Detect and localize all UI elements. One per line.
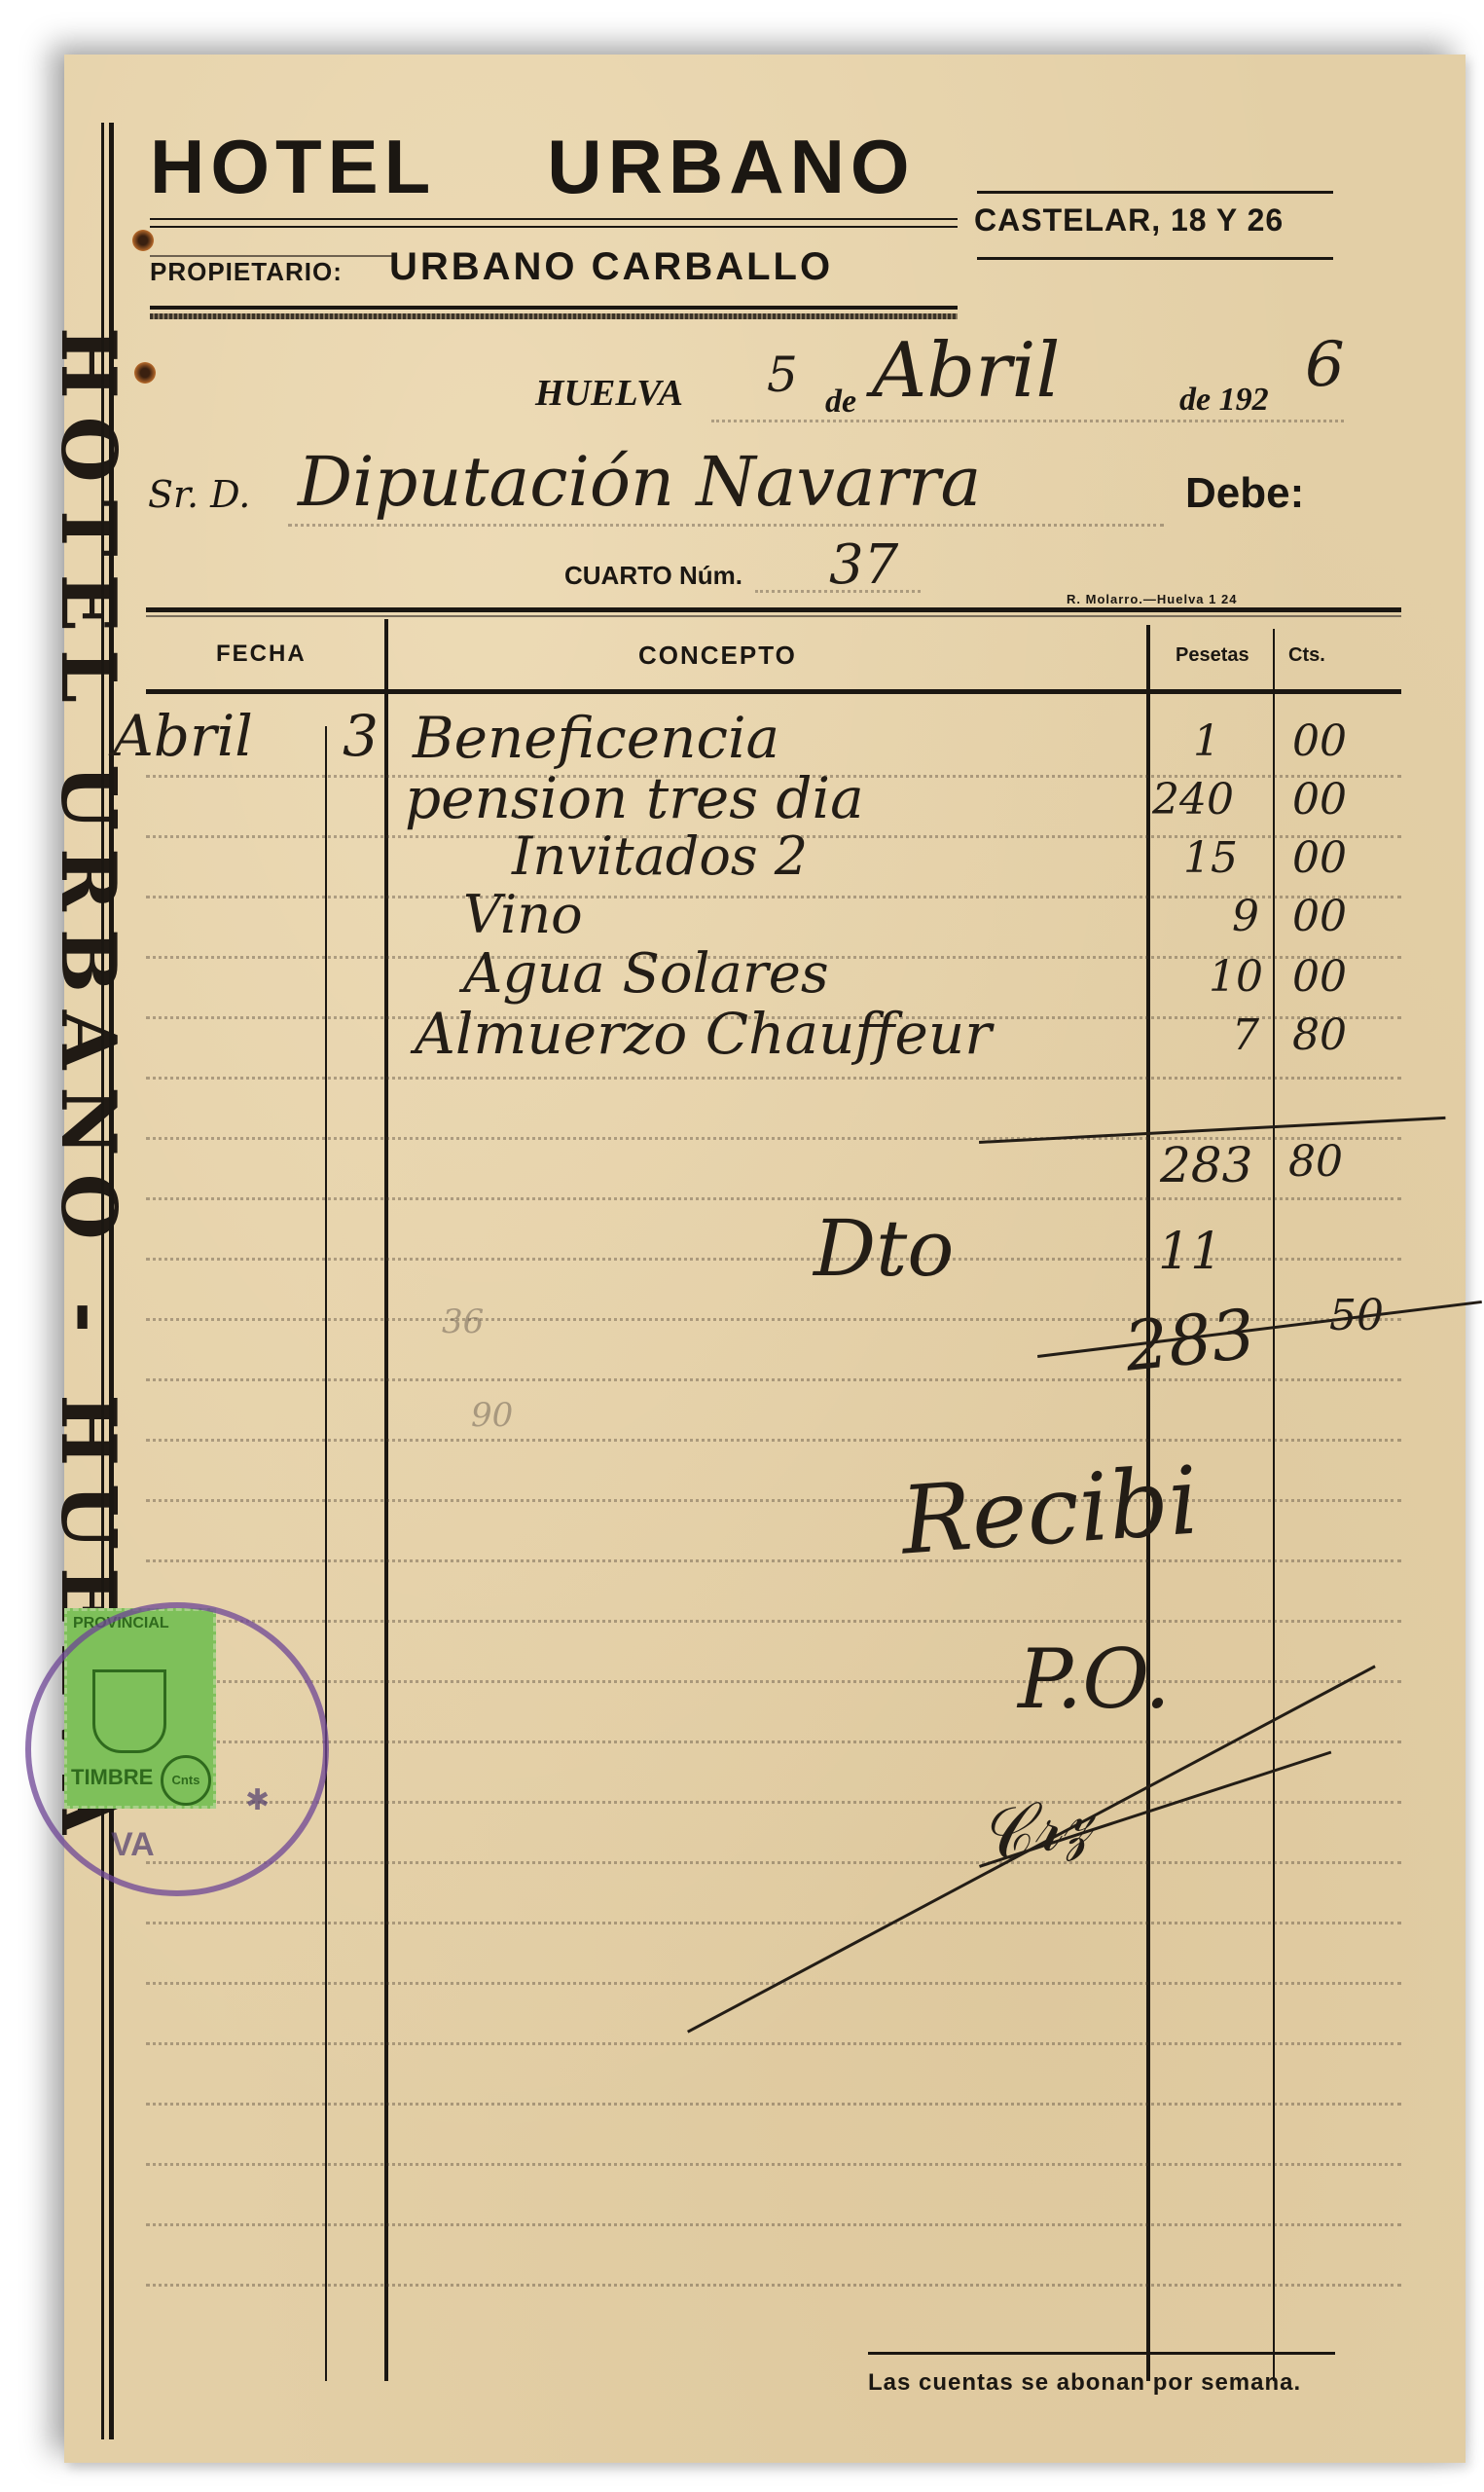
column-header-pesetas: Pesetas	[1176, 644, 1249, 667]
ruled-line	[146, 1559, 1401, 1562]
table-top-rule	[146, 607, 1401, 612]
title-rule	[150, 218, 958, 220]
row-pesetas: 240	[1152, 775, 1234, 825]
room-number: 37	[829, 533, 898, 597]
ruled-line	[146, 1801, 1401, 1804]
row-cts: 00	[1292, 775, 1347, 825]
table-header-rule	[146, 689, 1401, 694]
invoice-day: 5	[767, 347, 798, 403]
ruled-line	[146, 2284, 1401, 2287]
pencil-note: 36	[442, 1302, 484, 1341]
ruled-line	[146, 1680, 1401, 1683]
column-line-pesetas	[1273, 629, 1275, 2381]
ruled-line	[146, 2163, 1401, 2166]
ruled-line	[146, 1439, 1401, 1442]
row-cts: 00	[1292, 892, 1347, 941]
row-date-day: 3	[343, 703, 379, 769]
pencil-note: 90	[471, 1396, 513, 1435]
owes-label: Debe:	[1185, 469, 1304, 518]
address-rule-bottom	[977, 257, 1333, 260]
invoice-year-suffix: 6	[1305, 329, 1345, 401]
row-date-month: Abril	[113, 703, 253, 769]
address-rule-top	[977, 191, 1333, 194]
de-label-1: de	[825, 384, 856, 421]
ruled-line	[146, 896, 1401, 898]
row-concept: Agua Solares	[463, 942, 829, 1006]
footer-note: Las cuentas se abonan por semana.	[868, 2369, 1301, 2397]
binder-hole	[134, 362, 156, 384]
cancellation-seal	[25, 1602, 329, 1896]
row-cts: 00	[1292, 833, 1347, 883]
column-line-day	[325, 726, 327, 2381]
column-header-cts: Cts.	[1288, 644, 1325, 667]
salutation: Sr. D.	[148, 473, 250, 516]
signature: 𝒞𝓇𝓏	[971, 1777, 1099, 1882]
proprietor-name: URBANO CARBALLO	[389, 245, 833, 289]
invoice-city: HUELVA	[535, 372, 683, 415]
ruled-line	[146, 2042, 1401, 2045]
ruled-line	[146, 2223, 1401, 2226]
printer-mark: R. Molarro.—Huelva 1 24	[1067, 592, 1237, 606]
ruled-line	[146, 1861, 1401, 1864]
room-label: CUARTO Núm.	[564, 561, 742, 591]
received-label: Recibi	[897, 1446, 1202, 1575]
total-line	[1037, 1301, 1482, 1358]
stub-vertical-text: HOTEL URBANO - HUELVA	[45, 327, 132, 2492]
row-pesetas: 15	[1183, 833, 1238, 883]
column-header-concepto: CONCEPTO	[638, 641, 797, 671]
seal-text: VA	[111, 1826, 155, 1864]
prop-rule-thick	[150, 306, 958, 310]
seal-star-icon: ✱	[245, 1783, 270, 1817]
row-concept: Vino	[463, 884, 583, 945]
ruled-line	[146, 1499, 1401, 1502]
ruled-line	[146, 1620, 1401, 1623]
ruled-line	[146, 1077, 1401, 1080]
ruled-line	[146, 1197, 1401, 1200]
ruled-line	[146, 2103, 1401, 2106]
title-rule	[150, 226, 958, 228]
prop-rule-pattern	[150, 313, 958, 319]
row-cts: 00	[1292, 716, 1347, 766]
customer-name: Diputación Navarra	[298, 442, 981, 522]
ruled-line	[146, 1922, 1401, 1924]
binder-hole	[132, 230, 154, 251]
hotel-name-part1: Hotel	[150, 124, 435, 209]
row-concept: Invitados 2	[512, 825, 808, 887]
ruled-line	[146, 1378, 1401, 1381]
invoice-month: Abril	[872, 327, 1060, 415]
row-pesetas: 7	[1232, 1010, 1259, 1060]
adjustment-pesetas: 11	[1158, 1223, 1222, 1281]
column-header-fecha: FECHA	[216, 641, 307, 668]
subtotal-cts: 80	[1288, 1137, 1343, 1187]
hotel-name-part2: Urbano	[547, 124, 915, 209]
invoice-paper: HOTEL URBANO - HUELVA Hotel Urbano PROPI…	[64, 55, 1466, 2463]
proprietor-label: PROPIETARIO:	[150, 257, 343, 287]
stub-border-thick	[109, 123, 114, 2439]
customer-dotted-line	[288, 524, 1164, 527]
row-cts: 00	[1292, 952, 1347, 1002]
total-cts: 50	[1329, 1291, 1384, 1340]
row-concept: pension tres dia	[405, 765, 864, 831]
row-pesetas: 10	[1209, 952, 1263, 1002]
row-cts: 80	[1292, 1010, 1347, 1060]
hotel-address: CASTELAR, 18 Y 26	[974, 202, 1284, 238]
subtotal-pesetas: 283	[1160, 1137, 1252, 1193]
de-label-2: de 192	[1179, 382, 1269, 419]
ruled-line	[146, 1741, 1401, 1743]
received-by: P.O.	[1018, 1631, 1171, 1727]
total-pesetas: 283	[1121, 1294, 1258, 1387]
hotel-name: Hotel Urbano	[150, 123, 916, 211]
row-concept: Almuerzo Chauffeur	[415, 1001, 992, 1067]
footer-rule	[868, 2352, 1335, 2355]
adjustment-label: Dto	[814, 1203, 954, 1294]
stub-border-thin	[101, 123, 104, 2439]
row-pesetas: 9	[1232, 892, 1259, 941]
row-pesetas: 1	[1193, 716, 1220, 766]
table-top-rule-thin	[146, 615, 1401, 617]
row-concept: Beneficencia	[413, 705, 779, 771]
date-dotted-line	[711, 420, 1344, 422]
